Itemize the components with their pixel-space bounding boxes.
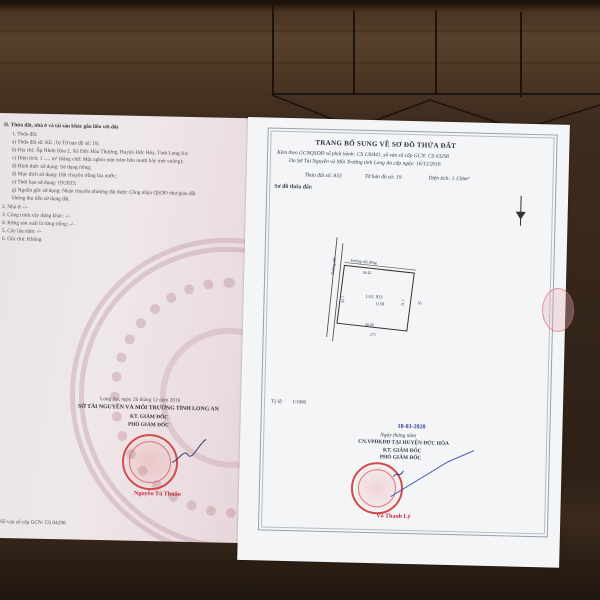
map-sheet-value: 19 — [396, 175, 402, 181]
bottom-measure: 40.06 — [365, 323, 374, 327]
parcel-number: Thửa đất số: 833 — [305, 173, 342, 179]
parcel-area-label: Diện tích: — [428, 175, 450, 182]
parcel-number-value: 833 — [333, 173, 341, 179]
right-neighbor: 36 — [417, 301, 421, 305]
detail-line: 5. Cây lâu năm: -/- — [2, 229, 42, 235]
lot-label: LUC 833 — [366, 295, 383, 300]
certificate-right-page: TRANG BỔ SUNG VỀ SƠ ĐỒ THỬA ĐẤT Kèm theo… — [237, 117, 570, 568]
detail-line: không thu tiền sử dụng đất. — [12, 196, 70, 203]
diagram-label: Sơ đồ thửa đất: — [274, 185, 313, 192]
map-sheet: Tờ bản đồ số: 19 — [364, 175, 401, 181]
serial-note: Số vào sổ cấp GCN: CS 04298 — [0, 520, 66, 527]
signature — [170, 437, 210, 468]
lot-area: 1158 — [375, 302, 384, 307]
signer-role: KT. GIÁM ĐỐC — [130, 415, 168, 421]
map-sheet-label: Tờ bản đồ số: — [364, 174, 394, 181]
detail-line: 2. Nhà ở: -/- — [2, 205, 28, 211]
signer-title: PHÓ GIÁM ĐỐC — [128, 423, 169, 429]
parcel-area-value: 1.158m² — [452, 176, 470, 182]
bottom-neighbor: 275 — [370, 333, 376, 337]
detail-line: e) Thời hạn sử dụng: 19/2033; — [12, 180, 76, 187]
detail-line: 4. Rừng sản xuất là rừng trồng: -/- — [2, 221, 75, 228]
scale-value: 1/1000 — [292, 400, 306, 405]
lot-type: LUC — [366, 294, 375, 299]
partial-seal-edge — [542, 288, 574, 332]
certificate-left-page: II. Thửa đất, nhà ở và tài sản khác gắn … — [0, 113, 268, 544]
north-arrow-icon — [513, 196, 528, 228]
parcel-diagram — [320, 237, 443, 350]
detail-line: 1. Thửa đất: — [12, 132, 38, 138]
scale-label: Tỷ lệ: — [271, 400, 283, 405]
signer-name: Nguyễn Tú Thuấn — [134, 491, 181, 498]
date-stamp: 18-03-2020 — [397, 424, 425, 431]
detail-line: 3. Công trình xây dựng khác: -/- — [2, 213, 70, 220]
top-measure: 18.42 — [362, 271, 371, 275]
lot-number: 833 — [376, 294, 383, 299]
signer-name: Võ Thanh Lý — [376, 513, 410, 520]
parcel-area: Diện tích: 1.158m² — [428, 176, 469, 182]
detail-line: a) Thửa đất số: KE ; b) Tờ bản đồ số: 19… — [12, 140, 99, 147]
signature — [387, 441, 478, 503]
parcel-number-label: Thửa đất số: — [305, 172, 333, 179]
scale: Tỷ lệ: 1/1000 — [271, 400, 306, 406]
section-heading: II. Thửa đất, nhà ở và tài sản khác gắn … — [4, 123, 118, 131]
detail-line: 6. Ghi chú: Không — [2, 237, 41, 243]
detail-line: d) Hình thức sử dụng: Sử dụng riêng; — [12, 164, 91, 171]
